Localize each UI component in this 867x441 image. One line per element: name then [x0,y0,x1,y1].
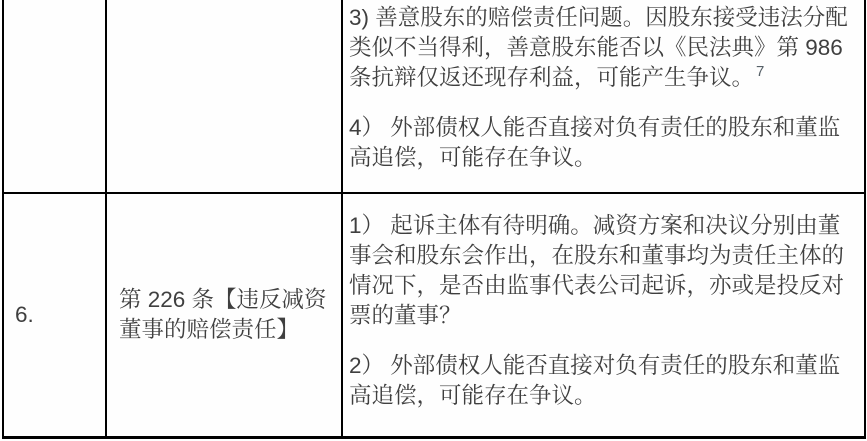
cell-index: 6. [3,193,106,437]
cell-index-empty [3,0,106,193]
cell-article: 第 226 条【违反减资 董事的赔偿责任】 [106,193,342,437]
issue-paragraph: 1） 起诉主体有待明确。减资方案和决议分别由董 事会和股东会作出，在股东和董事均… [349,211,857,331]
table-row-continued: 3) 善意股东的赔偿责任问题。因股东接受违法分配 类似不当得利，善意股东能否以《… [3,0,865,193]
row-index: 6. [15,302,34,327]
issue-paragraph: 4） 外部债权人能否直接对负有责任的股东和董监 高追偿，可能存在争议。 [349,113,857,173]
issue-paragraph-text: 3) 善意股东的赔偿责任问题。因股东接受违法分配 类似不当得利，善意股东能否以《… [349,5,848,90]
legal-issues-table: 3) 善意股东的赔偿责任问题。因股东接受违法分配 类似不当得利，善意股东能否以《… [2,0,866,439]
cell-article-empty [106,0,342,193]
table-row-6: 6. 第 226 条【违反减资 董事的赔偿责任】 1） 起诉主体有待明确。减资方… [3,193,865,437]
issue-paragraph-text: 2） 外部债权人能否直接对负有责任的股东和董监 高追偿，可能存在争议。 [349,353,840,408]
footnote-reference: 7 [756,63,764,80]
issue-paragraph-text: 1） 起诉主体有待明确。减资方案和决议分别由董 事会和股东会作出，在股东和董事均… [349,213,844,328]
issue-paragraph: 3) 善意股东的赔偿责任问题。因股东接受违法分配 类似不当得利，善意股东能否以《… [349,3,857,93]
article-title: 第 226 条【违反减资 董事的赔偿责任】 [119,287,327,342]
cell-issues: 3) 善意股东的赔偿责任问题。因股东接受违法分配 类似不当得利，善意股东能否以《… [342,0,865,193]
cell-issues: 1） 起诉主体有待明确。减资方案和决议分别由董 事会和股东会作出，在股东和董事均… [342,193,865,437]
document-page: 3) 善意股东的赔偿责任问题。因股东接受违法分配 类似不当得利，善意股东能否以《… [0,0,867,441]
issue-paragraph: 2） 外部债权人能否直接对负有责任的股东和董监 高追偿，可能存在争议。 [349,351,857,411]
issue-paragraph-text: 4） 外部债权人能否直接对负有责任的股东和董监 高追偿，可能存在争议。 [349,115,840,170]
